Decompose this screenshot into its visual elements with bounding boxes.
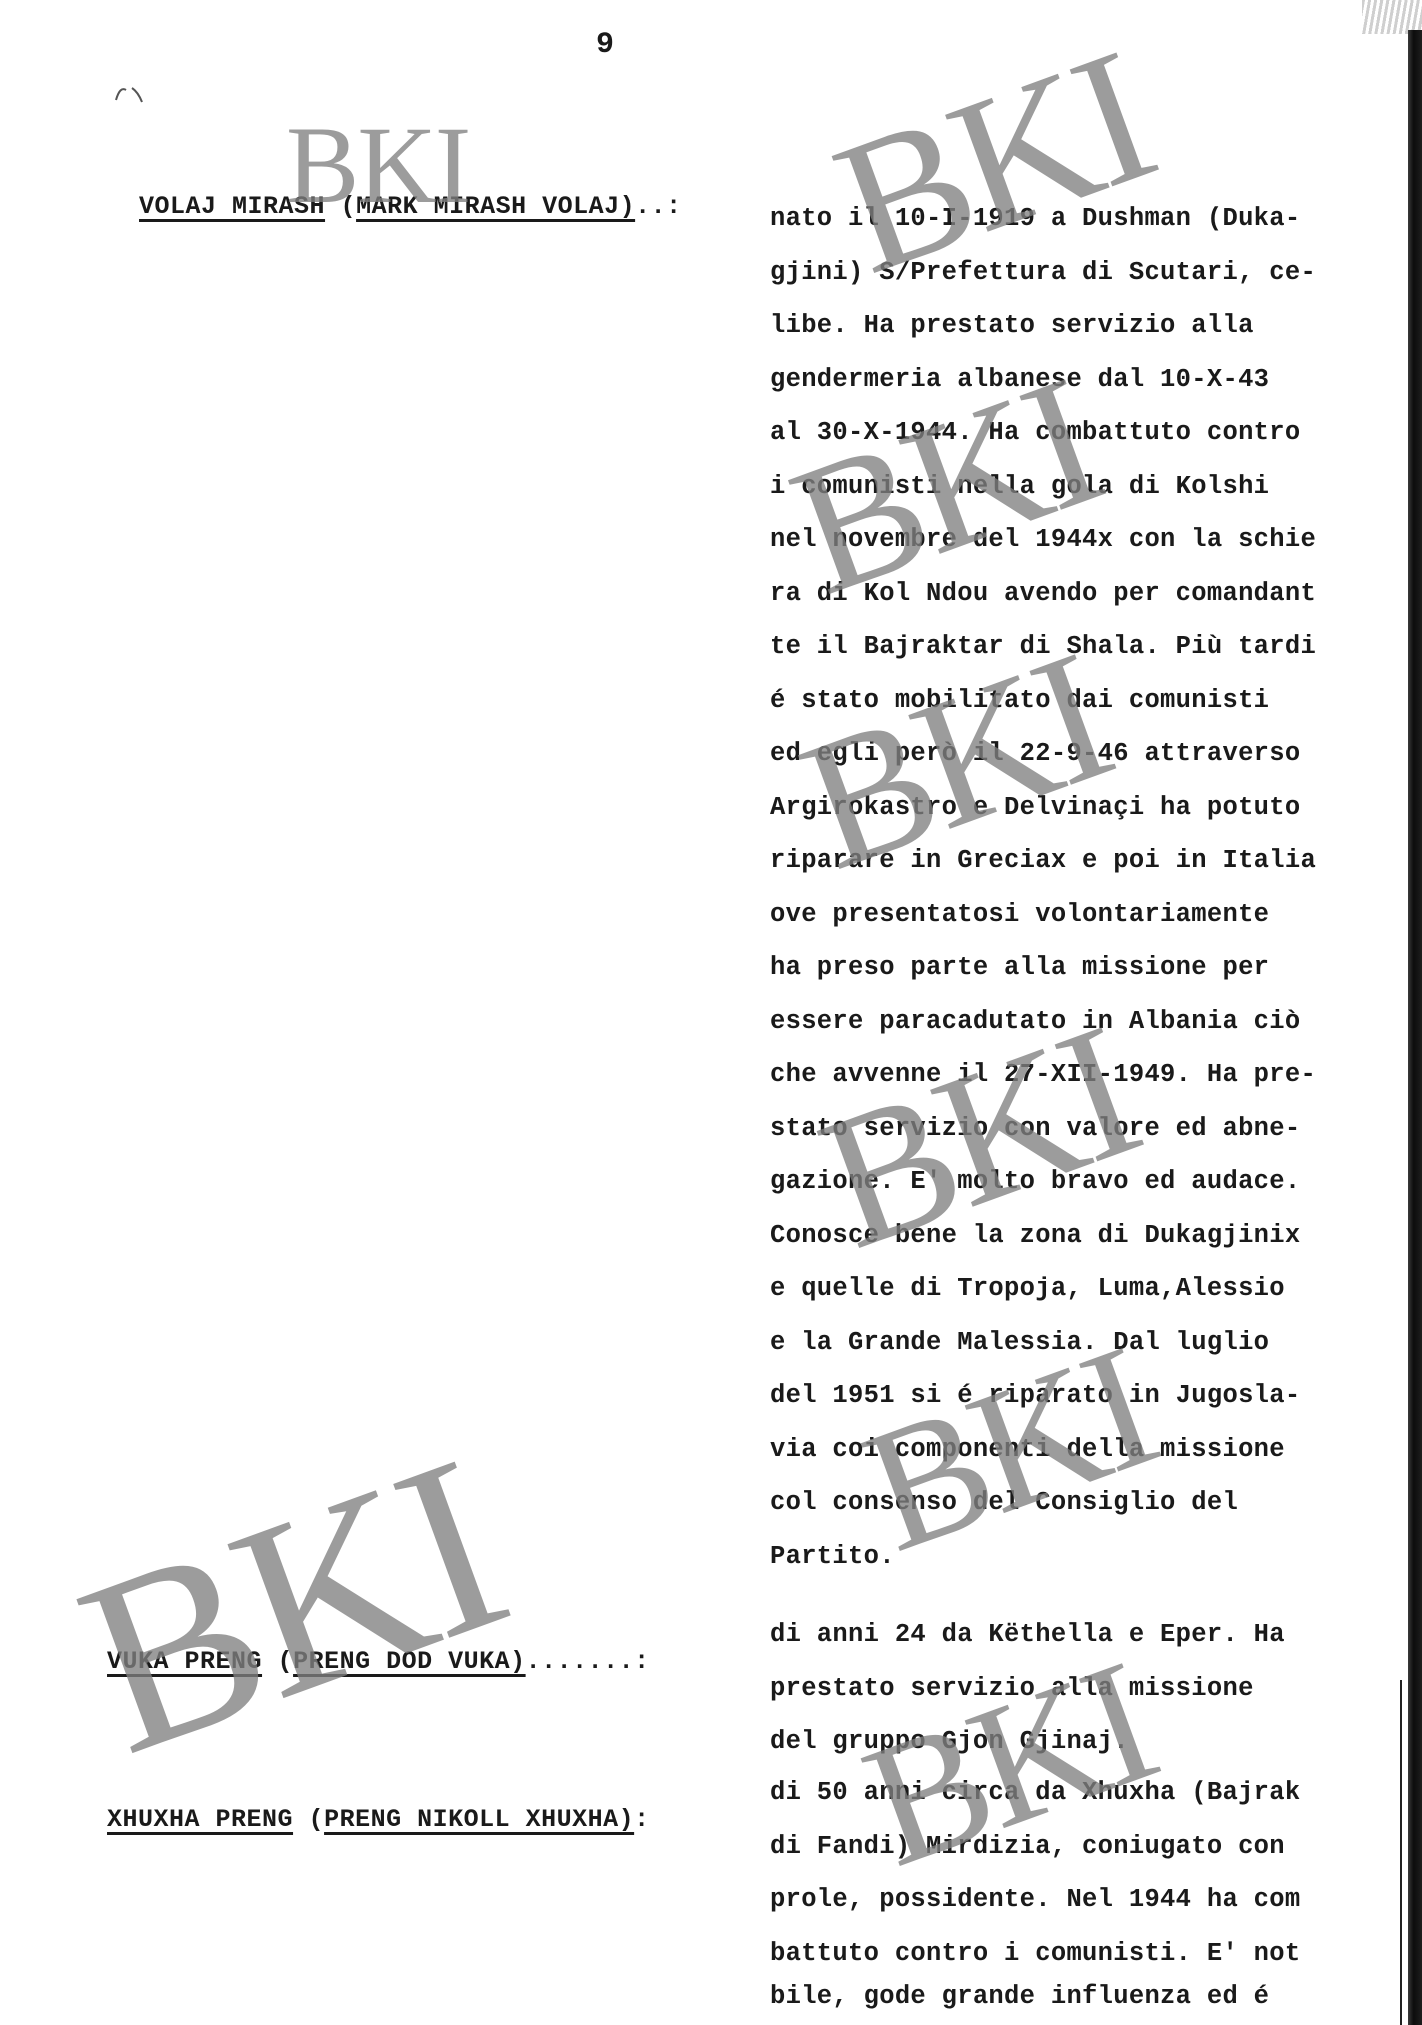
page-number: 9: [596, 28, 614, 62]
full-name: PRENG DOD VUKA): [293, 1647, 526, 1676]
body-line: riparare in Greciax e poi in Italia: [770, 834, 1410, 888]
body-line: libe. Ha prestato servizio alla: [770, 299, 1410, 353]
body-line: Argirokastro e Delvinaçi ha potuto: [770, 781, 1410, 835]
label-separator: (: [325, 192, 356, 221]
label-separator: (: [293, 1805, 324, 1834]
entry-label-xhuxha: XHUXHA PRENG (PRENG NIKOLL XHUXHA):: [76, 1776, 650, 1834]
body-line: ha preso parte alla missione per: [770, 941, 1410, 995]
body-line: Conosce bene la zona di Dukagjinix: [770, 1209, 1410, 1263]
entry-label-vuka: VUKA PRENG (PRENG DOD VUKA).......:: [76, 1618, 650, 1676]
body-line: del 1951 si é riparato in Jugosla-: [770, 1369, 1410, 1423]
entry-body-volaj: nato il 10-I-1919 a Dushman (Duka-gjini)…: [770, 192, 1410, 1583]
body-line: via coi componenti della missione: [770, 1423, 1410, 1477]
body-line: di anni 24 da Këthella e Eper. Ha: [770, 1608, 1410, 1662]
body-line: stato servizio con valore ed abne-: [770, 1102, 1410, 1156]
full-name: MARK MIRASH VOLAJ): [356, 192, 635, 221]
body-line: é stato mobilitato dai comunisti: [770, 674, 1410, 728]
body-line: bile, gode grande influenza ed é: [770, 1970, 1410, 2024]
body-line: i comunisti nella gola di Kolshi: [770, 460, 1410, 514]
body-line: nel novembre del 1944x con la schie: [770, 513, 1410, 567]
label-leader: .......:: [526, 1647, 650, 1676]
watermark: BKI: [54, 1419, 527, 1795]
body-line: ed egli però il 22-9-46 attraverso: [770, 727, 1410, 781]
body-line: gazione. E' molto bravo ed audace.: [770, 1155, 1410, 1209]
body-line: essere paracadutato in Albania ciò: [770, 995, 1410, 1049]
body-line: ove presentatosi volontariamente: [770, 888, 1410, 942]
body-line: e quelle di Tropoja, Luma,Alessio: [770, 1262, 1410, 1316]
body-line: gjini) S/Prefettura di Scutari, ce-: [770, 246, 1410, 300]
body-line: ra di Kol Ndou avendo per comandant: [770, 567, 1410, 621]
body-line: al 30-X-1944. Ha combattuto contro: [770, 406, 1410, 460]
body-line: prestato servizio alla missione: [770, 1662, 1410, 1716]
body-line: di 50 anni circa da Xhuxha (Bajrak: [770, 1766, 1410, 1820]
body-line: nato il 10-I-1919 a Dushman (Duka-: [770, 192, 1410, 246]
full-name: PRENG NIKOLL XHUXHA): [324, 1805, 634, 1834]
label-leader: ..:: [635, 192, 682, 221]
entry-label-volaj: VOLAJ MIRASH (MARK MIRASH VOLAJ)..:: [108, 163, 682, 221]
body-line: del gruppo Gjon Gjinaj.: [770, 1715, 1410, 1769]
body-line: di Fandi) Mirdizia, coniugato con: [770, 1820, 1410, 1874]
surname-name: VUKA PRENG: [107, 1647, 262, 1676]
body-line: te il Bajraktar di Shala. Più tardi: [770, 620, 1410, 674]
scan-page-edge: [1408, 30, 1422, 2025]
label-separator: (: [262, 1647, 293, 1676]
body-line: prole, possidente. Nel 1944 ha com: [770, 1873, 1410, 1927]
body-line: col consenso del Consiglio del: [770, 1476, 1410, 1530]
paper-corner-edge: [1362, 0, 1422, 34]
label-leader: :: [634, 1805, 650, 1834]
body-line: Partito.: [770, 1530, 1410, 1584]
body-line: e la Grande Malessia. Dal luglio: [770, 1316, 1410, 1370]
body-line: che avvenne il 27-XII-1949. Ha pre-: [770, 1048, 1410, 1102]
entry-body-vuka: di anni 24 da Këthella e Eper. Haprestat…: [770, 1608, 1410, 1769]
surname-name: XHUXHA PRENG: [107, 1805, 293, 1834]
entry-body-xhuxha: di 50 anni circa da Xhuxha (Bajrakdi Fan…: [770, 1766, 1410, 2024]
ink-mark-icon: [112, 82, 152, 112]
body-line: gendermeria albanese dal 10-X-43: [770, 353, 1410, 407]
surname-name: VOLAJ MIRASH: [139, 192, 325, 221]
